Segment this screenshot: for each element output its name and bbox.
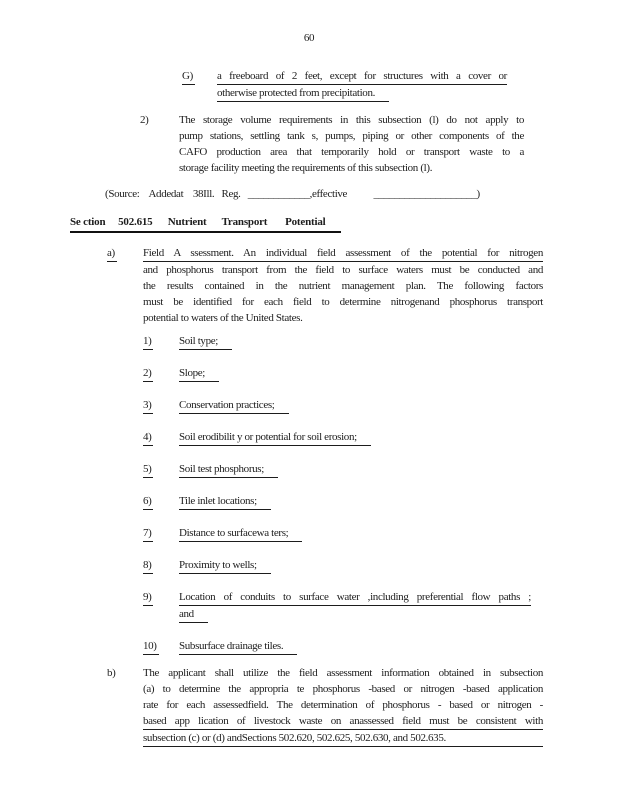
list-item-3: 3) Conservation practices;: [143, 397, 618, 414]
underlined-text: and: [179, 606, 208, 623]
underlined-text: Slope;: [179, 365, 219, 382]
text-line: potential to waters of the United States…: [143, 310, 543, 326]
text-line: Proximity to wells;: [179, 557, 531, 574]
list-item-1: 1) Soil type;: [143, 333, 618, 350]
text-line: Location of conduits to surface water ,i…: [179, 589, 531, 606]
clause-g-body: a freeboard of 2 feet, except for struct…: [217, 68, 507, 102]
text-line: pump stations, settling tank s, pumps, p…: [179, 128, 524, 144]
underlined-text: Proximity to wells;: [179, 557, 271, 574]
list-item-6-label: 6): [143, 493, 153, 510]
text-line: CAFO production area that temporarily ho…: [179, 144, 524, 160]
list-item-2: 2) Slope;: [143, 365, 618, 382]
text-line: subsection (c) or (d) andSections 502.62…: [143, 730, 543, 747]
text-line: (a) to determine the appropria te phosph…: [143, 681, 543, 697]
list-item-4-label: 4): [143, 429, 153, 446]
paragraph-b-label: b): [107, 665, 115, 681]
paragraph-a: a) Field A ssessment. An individual fiel…: [107, 245, 618, 326]
underlined-text: Subsurface drainage tiles.: [179, 638, 297, 655]
list-item-5-label: 5): [143, 461, 153, 478]
list-item-8: 8) Proximity to wells;: [143, 557, 618, 574]
underlined-text: Soil test phosphorus;: [179, 461, 278, 478]
paragraph-b-body: The applicant shall utilize the field as…: [143, 665, 543, 747]
list-item-2-label: 2): [143, 365, 153, 382]
paragraph-a-body: Field A ssessment. An individual field a…: [143, 245, 543, 326]
text-line: rate for each assessedfield. The determi…: [143, 697, 543, 713]
list-item-10: 10) Subsurface drainage tiles.: [143, 638, 618, 655]
list-item-6: 6) Tile inlet locations;: [143, 493, 618, 510]
underlined-text: Distance to surfacewa ters;: [179, 525, 302, 542]
list-item-9-label: 9): [143, 589, 153, 606]
list-item-5: 5) Soil test phosphorus;: [143, 461, 618, 478]
paragraph-2: 2) The storage volume requirements in th…: [140, 112, 618, 176]
paragraph-2-label: 2): [140, 112, 148, 128]
clause-g-label: G): [182, 68, 195, 85]
paragraph-2-body: The storage volume requirements in this …: [179, 112, 524, 176]
text-line: Slope;: [179, 365, 531, 382]
text-line: Soil test phosphorus;: [179, 461, 531, 478]
list-item-7-label: 7): [143, 525, 153, 542]
text-line: storage facility meeting the requirement…: [179, 160, 524, 176]
text-line: a freeboard of 2 feet, except for struct…: [217, 68, 507, 85]
page-number: 60: [0, 30, 618, 46]
text-line: The applicant shall utilize the field as…: [143, 665, 543, 681]
text-line: must be identified for each field to det…: [143, 294, 543, 310]
text-line: Tile inlet locations;: [179, 493, 531, 510]
text-line: Field A ssessment. An individual field a…: [143, 245, 543, 262]
paragraph-a-label: a): [107, 245, 117, 262]
text-line: The storage volume requirements in this …: [179, 112, 524, 128]
text-line: and phosphorus transport from the field …: [143, 262, 543, 278]
list-item-7: 7) Distance to surfacewa ters;: [143, 525, 618, 542]
text-line: Soil type;: [179, 333, 531, 350]
underlined-text: Conservation practices;: [179, 397, 289, 414]
source-line: (Source: Addedat 38Ill. Reg. ___________…: [105, 186, 618, 202]
list-item-4: 4) Soil erodibilit y or potential for so…: [143, 429, 618, 446]
underlined-text: Tile inlet locations;: [179, 493, 271, 510]
text-line: Conservation practices;: [179, 397, 531, 414]
underlined-text: Soil erodibilit y or potential for soil …: [179, 429, 371, 446]
text-line: Distance to surfacewa ters;: [179, 525, 531, 542]
underlined-text: Soil type;: [179, 333, 232, 350]
list-item-8-label: 8): [143, 557, 153, 574]
text-line: otherwise protected from precipitation.: [217, 85, 507, 102]
list-item-9: 9) Location of conduits to surface water…: [143, 589, 618, 623]
text-line: based app lication of livestock waste on…: [143, 713, 543, 730]
document-page: 60 G) a freeboard of 2 feet, except for …: [0, 0, 618, 800]
list-item-1-label: 1): [143, 333, 153, 350]
list-item-3-label: 3): [143, 397, 153, 414]
text-line: Soil erodibilit y or potential for soil …: [179, 429, 531, 446]
text-line: Subsurface drainage tiles.: [179, 638, 531, 655]
underlined-text: otherwise protected from precipitation.: [217, 85, 389, 102]
clause-g: G) a freeboard of 2 feet, except for str…: [182, 68, 618, 102]
list-item-10-label: 10): [143, 638, 159, 655]
section-heading: Se ction 502.615 Nutrient Transport Pote…: [70, 214, 618, 233]
paragraph-b: b) The applicant shall utilize the field…: [107, 665, 618, 747]
text-line: and: [179, 606, 531, 623]
section-heading-text: Se ction 502.615 Nutrient Transport Pote…: [70, 214, 341, 233]
text-line: the results contained in the nutrient ma…: [143, 278, 543, 294]
